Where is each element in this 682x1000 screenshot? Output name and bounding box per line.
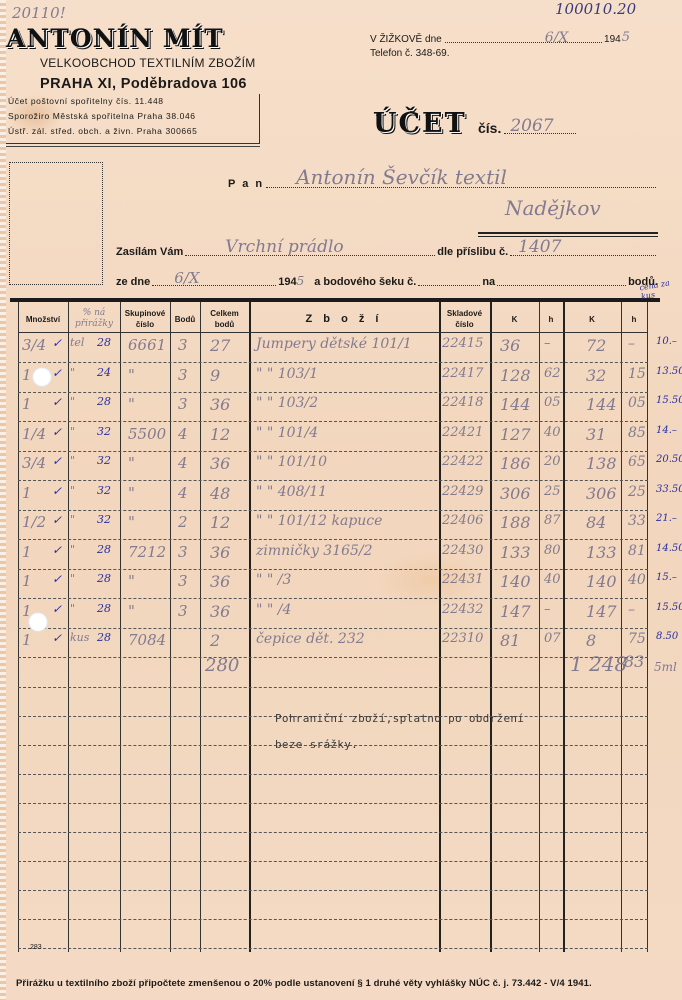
quantity-cell: 1	[22, 572, 32, 590]
check-mark: ✓	[52, 395, 62, 409]
group-number-cell: "	[128, 395, 135, 413]
unit-hellers-cell: 05	[544, 395, 561, 410]
row-line	[18, 569, 648, 570]
ze-dne-field: 6/X	[152, 276, 276, 286]
points-cell: 3	[178, 543, 188, 561]
unit-crowns-cell: 128	[500, 366, 531, 385]
check-mark: ✓	[52, 631, 62, 645]
row-line	[18, 362, 648, 363]
promise-label: dle příslibu č.	[437, 246, 508, 258]
promise-field: 1407	[510, 246, 656, 256]
markup-pct-cell: 28	[97, 602, 111, 615]
voucher-label: a bodového šeku č.	[314, 276, 416, 288]
markup-note-cell: "	[70, 454, 75, 467]
quantity-cell: 3/4	[22, 454, 46, 472]
check-mark: ✓	[52, 336, 62, 350]
side-price-note: 15.–	[656, 572, 677, 583]
points-cell: 3	[178, 602, 188, 620]
goods-cell: " " 103/1	[256, 366, 318, 382]
markup-note-cell: "	[70, 543, 75, 556]
total-crowns-cell: 138	[586, 454, 617, 473]
city-label: V ŽIŽKOVĚ dne	[370, 34, 442, 45]
group-number-cell: "	[128, 572, 135, 590]
form-number: 283	[30, 944, 42, 951]
header-group-number: Skupinové číslo	[120, 304, 170, 334]
row-line	[18, 861, 648, 862]
unit-hellers-cell: 40	[544, 425, 561, 440]
total-hellers-cell: 75	[628, 631, 646, 647]
unit-crowns-cell: 144	[500, 395, 531, 414]
bank-line: Ústř. zál. střed. obch. a živn. Praha 30…	[6, 124, 259, 139]
bank-details: Účet poštovní spořitelny čís. 11.448 Spo…	[6, 94, 260, 144]
group-number-cell: "	[128, 484, 135, 502]
unit-hellers-cell: 87	[544, 513, 561, 528]
markup-note-cell: "	[70, 572, 75, 585]
row-line	[18, 392, 648, 393]
col-line	[539, 302, 540, 952]
total-hellers-cell: 40	[628, 572, 646, 588]
unit-crowns-cell: 147	[500, 602, 531, 621]
points-cell: 2	[178, 513, 188, 531]
total-crowns-cell: 306	[586, 484, 617, 503]
invoice-title: ÚČET	[373, 108, 467, 139]
check-mark: ✓	[52, 484, 62, 498]
punch-hole	[32, 367, 52, 387]
group-number-cell: 7212	[128, 543, 166, 561]
markup-pct-cell: 32	[97, 484, 111, 497]
markup-note-cell: "	[70, 425, 75, 438]
total-points: 280	[205, 655, 239, 676]
markup-pct-cell: 28	[97, 543, 111, 556]
side-price-note: 13.50	[656, 366, 682, 377]
bank-line: Účet poštovní spořitelny čís. 11.448	[6, 94, 259, 109]
unit-crowns-cell: 188	[500, 513, 531, 532]
group-number-cell: "	[128, 602, 135, 620]
row-line	[18, 687, 648, 688]
stock-number-cell: 22432	[442, 602, 483, 617]
markup-pct-cell: 32	[97, 425, 111, 438]
stock-number-cell: 22415	[442, 336, 483, 351]
na-label: na	[482, 276, 495, 288]
unit-hellers-cell: 20	[544, 454, 561, 469]
unit-hellers-cell: 07	[544, 631, 561, 646]
points-cell: 4	[178, 454, 188, 472]
total-points-cell: 36	[210, 395, 230, 414]
pan-label: P a n	[228, 178, 264, 190]
header-quantity: Množství	[18, 304, 68, 334]
header-points: Bodů	[170, 304, 200, 334]
send-value: Vrchní prádlo	[225, 237, 343, 257]
typed-note-line2: beze srážky.	[275, 738, 358, 751]
col-line	[200, 302, 201, 952]
total-points-cell: 9	[210, 366, 220, 385]
ze-dne-year-prefix: 194	[278, 276, 296, 288]
goods-cell: " " 101/10	[256, 454, 327, 470]
stock-number-cell: 22310	[442, 631, 483, 646]
unit-crowns-cell: 36	[500, 336, 520, 355]
stock-number-cell: 22422	[442, 454, 483, 469]
total-hellers: 83	[624, 652, 644, 671]
total-crowns-cell: 31	[586, 425, 606, 444]
send-line: Zasílám Vám Vrchní prádlo dle příslibu č…	[116, 246, 658, 258]
header-total-hellers: h	[621, 304, 647, 334]
total-crowns-cell: 32	[586, 366, 606, 385]
points-cell: 3	[178, 336, 188, 354]
col-line	[563, 302, 565, 952]
stock-number-cell: 22431	[442, 572, 483, 587]
header-goods: Z b o ž í	[249, 304, 439, 334]
group-number-cell: "	[128, 366, 135, 384]
group-number-cell: "	[128, 454, 135, 472]
total-hellers-cell: 33	[628, 513, 646, 529]
points-cell: 4	[178, 484, 188, 502]
col-line	[18, 302, 19, 952]
row-line	[18, 803, 648, 804]
row-line	[18, 774, 648, 775]
markup-pct-cell: 28	[97, 572, 111, 585]
col-line	[490, 302, 492, 952]
send-field: Vrchní prádlo	[185, 246, 435, 256]
side-price-note: 15.50	[656, 395, 682, 406]
header-unit-hellers: h	[539, 304, 563, 334]
check-mark: ✓	[52, 454, 62, 468]
quantity-cell: 1/2	[22, 513, 46, 531]
header-underline	[18, 332, 648, 333]
total-hellers-cell: 65	[628, 454, 646, 470]
points-cell: 3	[178, 572, 188, 590]
total-crowns-cell: 140	[586, 572, 617, 591]
col-line	[647, 302, 648, 952]
markup-pct-cell: 32	[97, 454, 111, 467]
side-price-note: 14.50	[656, 543, 682, 554]
header-markup-pct: % ná přirážky	[68, 304, 120, 334]
total-crowns: 1 248	[570, 652, 627, 676]
top-right-note: 100010.20	[555, 0, 636, 18]
row-line	[18, 628, 648, 629]
customer-field: Antonín Ševčík textil	[266, 178, 656, 188]
quantity-cell: 3/4	[22, 336, 46, 354]
total-hellers-cell: 85	[628, 425, 646, 441]
markup-pct-cell: 28	[97, 336, 111, 349]
total-hellers-cell: 15	[628, 366, 646, 382]
voucher-field	[418, 276, 480, 286]
check-mark: ✓	[52, 543, 62, 557]
city-date-line: V ŽIŽKOVĚ dne 6/X 194 5	[370, 30, 630, 45]
points-cell: 3	[178, 366, 188, 384]
unit-crowns-cell: 127	[500, 425, 531, 444]
markup-pct-cell: 32	[97, 513, 111, 526]
total-side-note: 5ml	[654, 660, 677, 674]
header-stock-number: Skladové číslo	[439, 304, 490, 334]
address-underline	[478, 232, 658, 237]
row-line	[18, 832, 648, 833]
markup-pct-cell: 28	[97, 395, 111, 408]
unit-hellers-cell: 80	[544, 543, 561, 558]
side-price-note: 15.50	[656, 602, 682, 613]
goods-cell: " " 101/12 kapuce	[256, 513, 382, 529]
phone: Telefon č. 348-69.	[370, 48, 450, 59]
markup-note-cell: "	[70, 366, 75, 379]
unit-crowns-cell: 81	[500, 631, 520, 650]
goods-cell: " " 103/2	[256, 395, 318, 411]
points-cell: 4	[178, 425, 188, 443]
date-field: 6/X	[445, 35, 602, 43]
unit-crowns-cell: 133	[500, 543, 531, 562]
header-total-points: Celkem bodů	[200, 304, 249, 334]
stock-number-cell: 22406	[442, 513, 483, 528]
unit-hellers-cell: –	[544, 336, 551, 351]
quantity-cell: 1	[22, 543, 32, 561]
unit-hellers-cell: 40	[544, 572, 561, 587]
ze-dne-value: 6/X	[174, 269, 199, 287]
points-cell: 3	[178, 395, 188, 413]
col-line	[120, 302, 121, 952]
goods-cell: " " 408/11	[256, 484, 327, 500]
unit-crowns-cell: 140	[500, 572, 531, 591]
punch-hole	[28, 612, 48, 632]
customer-name: Antonín Ševčík textil	[296, 165, 507, 189]
invoice-number-line: čís. 2067	[478, 120, 578, 136]
unit-hellers-cell: –	[544, 602, 551, 617]
markup-note-cell: kus	[70, 631, 89, 644]
total-points-cell: 12	[210, 513, 230, 532]
row-line	[18, 948, 648, 949]
stock-number-cell: 22418	[442, 395, 483, 410]
side-price-note: 20.50	[656, 454, 682, 465]
total-hellers-cell: –	[628, 602, 635, 618]
total-hellers-cell: 05	[628, 395, 646, 411]
total-crowns-cell: 72	[586, 336, 606, 355]
customer-line: P a n Antonín Ševčík textil	[228, 178, 658, 190]
total-crowns-cell: 144	[586, 395, 617, 414]
markup-note-cell: "	[70, 602, 75, 615]
markup-note-cell: "	[70, 484, 75, 497]
goods-cell: čepice dět. 232	[256, 631, 365, 647]
goods-cell: Jumpery dětské 101/1	[256, 336, 412, 352]
ze-dne-year-suffix: 5	[297, 274, 305, 288]
quantity-cell: 1	[22, 631, 32, 649]
side-price-note: 33.50	[656, 484, 682, 495]
col-line	[170, 302, 171, 952]
row-line	[18, 890, 648, 891]
markup-note-cell: "	[70, 513, 75, 526]
quantity-cell: 1	[22, 484, 32, 502]
total-hellers-cell: –	[628, 336, 635, 352]
total-points-cell: 36	[210, 454, 230, 473]
markup-note-cell: tel	[70, 336, 84, 349]
stock-number-cell: 22417	[442, 366, 483, 381]
header-total-crowns: K	[563, 304, 621, 334]
check-mark: ✓	[52, 572, 62, 586]
group-number-cell: 6661	[128, 336, 166, 354]
side-price-note: 8.50	[656, 631, 678, 642]
row-line	[18, 421, 648, 422]
archive-note: 20110!	[12, 4, 66, 22]
col-line	[249, 302, 251, 952]
company-name: ANTONÍN MÍT	[6, 24, 224, 53]
promise-value: 1407	[518, 237, 561, 257]
year-suffix: 5	[622, 30, 630, 45]
total-crowns-cell: 84	[586, 513, 606, 532]
unit-crowns-cell: 186	[500, 454, 531, 473]
side-price-note: 14.–	[656, 425, 677, 436]
markup-pct-cell: 24	[97, 366, 111, 379]
invoice-number: 2067	[510, 116, 553, 136]
row-line	[18, 451, 648, 452]
stock-number-cell: 22430	[442, 543, 483, 558]
row-line	[18, 539, 648, 540]
goods-cell: " " /4	[256, 602, 291, 618]
total-points-cell: 36	[210, 602, 230, 621]
invoice-number-field: 2067	[504, 124, 576, 134]
year-prefix: 194	[604, 34, 621, 45]
total-points-cell: 12	[210, 425, 230, 444]
date-voucher-line: ze dne 6/X 194 5 a bodového šeku č. na b…	[116, 274, 658, 288]
side-price-note: 21.–	[656, 513, 677, 524]
stamp-box	[9, 162, 103, 285]
col-line	[68, 302, 69, 952]
check-mark: ✓	[52, 425, 62, 439]
company-subtitle: VELKOOBCHOD TEXTILNÍM ZBOŽÍM	[40, 56, 256, 70]
group-number-cell: 7084	[128, 631, 166, 649]
perforated-edge	[0, 0, 6, 1000]
total-points-cell: 36	[210, 572, 230, 591]
check-mark: ✓	[52, 602, 62, 616]
ze-dne-label: ze dne	[116, 276, 150, 288]
points-field	[497, 276, 626, 286]
footer-legal-note: Přirážku u textilního zboží připočtete z…	[16, 978, 676, 989]
quantity-cell: 1	[22, 395, 32, 413]
goods-cell: " " 101/4	[256, 425, 318, 441]
total-crowns-cell: 8	[586, 631, 596, 650]
row-line	[18, 598, 648, 599]
total-points-cell: 36	[210, 543, 230, 562]
goods-cell: " " /3	[256, 572, 291, 588]
date-hand: 6/X	[545, 30, 569, 46]
total-points-cell: 2	[210, 631, 220, 650]
unit-crowns-cell: 306	[500, 484, 531, 503]
total-points-cell: 48	[210, 484, 230, 503]
total-hellers-cell: 25	[628, 484, 646, 500]
total-crowns-cell: 133	[586, 543, 617, 562]
markup-pct-cell: 28	[97, 631, 111, 644]
header-unit-crowns: K	[490, 304, 539, 334]
col-line	[439, 302, 441, 952]
quantity-cell: 1	[22, 366, 32, 384]
invoice-number-label: čís.	[478, 120, 501, 136]
unit-hellers-cell: 25	[544, 484, 561, 499]
customer-place: Nadějkov	[505, 196, 601, 220]
markup-note-cell: "	[70, 395, 75, 408]
row-line	[18, 510, 648, 511]
total-points-cell: 27	[210, 336, 230, 355]
side-price-note: 10.–	[656, 336, 677, 347]
total-crowns-cell: 147	[586, 602, 617, 621]
quantity-cell: 1/4	[22, 425, 46, 443]
group-number-cell: "	[128, 513, 135, 531]
goods-cell: zimničky 3165/2	[256, 543, 373, 559]
col-line	[621, 302, 622, 952]
bank-line: Sporožiro Městská spořitelna Praha 38.04…	[6, 109, 259, 124]
header-divider	[6, 146, 260, 147]
row-line	[18, 480, 648, 481]
stock-number-cell: 22421	[442, 425, 483, 440]
total-hellers-cell: 81	[628, 543, 646, 559]
group-number-cell: 5500	[128, 425, 166, 443]
stock-number-cell: 22429	[442, 484, 483, 499]
check-mark: ✓	[52, 366, 62, 380]
typed-note-line1: Pohraniční zboží,splatno po obdržení	[275, 712, 524, 725]
company-address: PRAHA XI, Poděbradova 106	[40, 76, 247, 92]
check-mark: ✓	[52, 513, 62, 527]
row-line	[18, 657, 648, 658]
send-label: Zasílám Vám	[116, 246, 183, 258]
unit-hellers-cell: 62	[544, 366, 561, 381]
row-line	[18, 919, 648, 920]
